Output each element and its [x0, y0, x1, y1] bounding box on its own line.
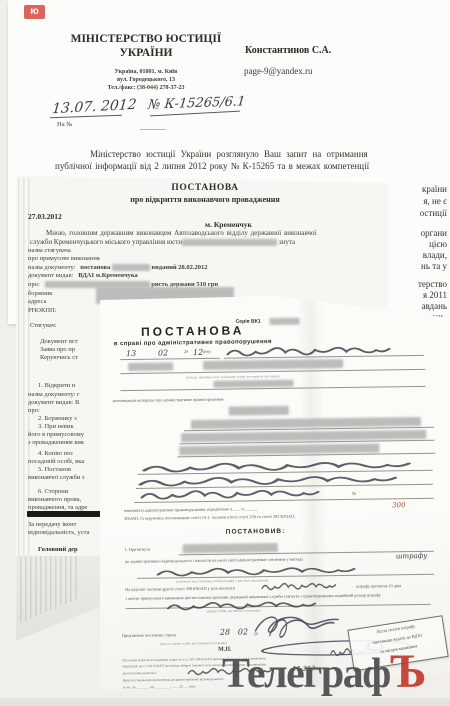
letter-fragment: влади,: [423, 250, 447, 260]
handwritten-year: 12: [193, 348, 203, 357]
field-document: назва документу: постанова виданий 28.02…: [28, 264, 207, 271]
watermark-red-part: Ъ: [390, 645, 425, 698]
letter-fragment: я, не є: [423, 196, 447, 206]
handwritten-day: 13: [126, 349, 136, 358]
letter-fragment: нь та у: [421, 261, 447, 271]
resolution1-fragment: посадовій особі, вка: [28, 458, 84, 465]
redacted-block: [112, 264, 150, 271]
letter-body-line2: публічної інформації від 2 липня 2012 ро…: [55, 161, 369, 171]
recipient-email: page-9@yandex.ru: [244, 66, 313, 76]
resolution1-fragment: Керуючись ст: [40, 354, 78, 361]
resolution1-date: 27.03.2012: [28, 212, 62, 221]
offence-article-line: вчинив(ла) адміністративне правопорушенн…: [124, 507, 258, 513]
scanned-documents-page: { "badge": {"letter": "ю"}, "letter": { …: [0, 0, 450, 706]
redacted-block: [183, 543, 278, 553]
resolution1-fragment: Документ вст: [40, 338, 78, 345]
handwriting-line: [261, 581, 336, 591]
form-title: ПОСТАНОВА: [113, 323, 273, 339]
watermark-gray-part: Телеграф: [222, 651, 390, 697]
fine-print-line3: До постанови додається: [122, 672, 156, 676]
resolution1-fragment: 1. Відкрити н: [38, 382, 75, 389]
ministry-name-line1: МІНІСТЕРСТВО ЮСТИЦІЇ: [48, 33, 244, 45]
article308-end: штрафу протягом 10 днів: [356, 584, 401, 589]
resolution1-fragment: Заява про пр: [40, 346, 75, 353]
blank-dash: [140, 129, 166, 130]
resolution1-fragment: За передачу іконт: [28, 521, 76, 528]
redaction-bar: [27, 511, 105, 517]
redacted-block: [128, 362, 173, 371]
field-label: назва документу:: [28, 264, 75, 271]
body-text: служби Кременчуцького міського управлінн…: [30, 238, 182, 246]
ministry-name-line2: УКРАЇНИ: [48, 47, 244, 59]
letter-fragment: органи: [421, 228, 447, 238]
redacted-block: [182, 239, 277, 246]
field-claimant2: Стягувач:: [30, 322, 57, 329]
fine-print-line4: Якщо постанова про притягнення до адміні…: [123, 678, 224, 683]
resolution1-fragment: відповідальність, уста: [28, 529, 89, 536]
item1-line: 1. Притягнути: [125, 548, 151, 553]
redacted-block: [213, 380, 293, 388]
fine-print-line5: за зах. № ________ від ______________ 20…: [123, 685, 196, 689]
reference-number-label: На №: [57, 121, 72, 128]
resolution1-fragment: 5. Постанов: [38, 466, 71, 473]
field-issuer: документ видав: ВДАІ м.Кременчука: [28, 272, 138, 279]
redacted-block: [270, 318, 300, 325]
resolution1-fragment: 2. Боржнику з: [38, 415, 77, 422]
roku-label: року: [203, 350, 211, 354]
handwritten-month2: 02: [238, 627, 248, 636]
field-debtor: боржник: [28, 290, 52, 297]
handed-line: Пред'явлено постанову строка: [122, 633, 176, 638]
penalty-line: до адміністративної відповідальності і н…: [125, 558, 303, 565]
field-address: адреса: [28, 298, 46, 305]
resolution1-fragment: документ видав: В: [28, 399, 79, 406]
handwritten-article: 300: [392, 501, 405, 509]
handwritten-penalty: штрафу: [396, 552, 428, 560]
letter-fragment: цією: [429, 239, 447, 249]
resolution1-fragment: з провадженням вик: [28, 439, 84, 446]
resolution1-fragment: провадження, та адре: [28, 504, 87, 511]
field-enforcement: про примусове виконання: [28, 255, 100, 262]
resolution1-signatory: Головний дер: [38, 546, 78, 553]
site-logo-badge: ю: [24, 5, 45, 19]
resolution1-fragment: виконавчого прова,: [28, 496, 81, 503]
resolution1-city: м. Кременчук: [205, 220, 252, 229]
ministry-address-line2: вул. Городецького, 13: [48, 77, 244, 83]
blank-line: [120, 358, 220, 360]
field-taxcode: РНОКПП:: [28, 307, 57, 314]
kupap-line: КУпАП, та керуючись положеннями статті 1…: [124, 515, 295, 522]
year-prefix2: 20: [254, 632, 258, 636]
redacted-block: [229, 406, 289, 416]
handwritten-month: 02: [158, 348, 168, 357]
recipient-name: Константинов С.А.: [245, 45, 331, 56]
form-caption: (посада, прізвище, ім'я, по батькові осо…: [186, 375, 279, 380]
scan-background-strip: [0, 698, 450, 706]
considered-line: розглянувши матеріали про адміністративн…: [113, 398, 224, 404]
letter-body-line1: Міністерство юстиції України розглянуло …: [90, 149, 368, 159]
article308-line: На підставі частини другої статті 308 КУ…: [125, 587, 235, 593]
resolution1-fragment: 3. При невик: [38, 423, 74, 430]
ministry-phone-line: Тел./факс: (38-044) 278-37-23: [48, 85, 244, 91]
field-claimant: назва стягувача: [28, 247, 71, 254]
field-label: про:: [28, 281, 40, 288]
letter-fragment: я 2011: [423, 290, 447, 300]
resolution1-body-line1: Мною, головним державним виконавцем Авто…: [46, 229, 316, 237]
form-content: Серія ВК1 ПОСТАНОВА в справі про адмініс…: [97, 294, 450, 699]
letter-fragment: остиції: [420, 208, 447, 218]
year-prefix: 20: [184, 350, 188, 354]
admin-offence-form-page: Серія ВК1 ПОСТАНОВА в справі про адмініс…: [100, 296, 450, 696]
resolution1-fragment: 4. Копію пос: [38, 450, 73, 457]
resolution1-fragment: 6. Сторони: [38, 488, 68, 495]
body-text-end: знута: [279, 238, 295, 246]
telegraf-watermark: ТелеграфЪ: [222, 648, 425, 696]
letter-fragment: терство: [418, 279, 447, 289]
resolution1-subtitle: про відкриття виконавчого провадження: [60, 195, 350, 204]
resolution1-body-line2: служби Кременчуцького міського управлінн…: [30, 238, 295, 246]
handwritten-day2: 28: [220, 628, 230, 637]
ministry-address-line1: Україна, 01001, м. Київ: [48, 69, 244, 75]
field-value: виданий 28.02.2012: [152, 264, 208, 271]
resolution1-fragment: про:: [28, 407, 40, 414]
field-label: документ видав:: [28, 272, 73, 279]
number-sign: №: [352, 492, 356, 496]
form-caption: (дата та підпис особи, яка отримала пост…: [160, 642, 227, 646]
field-value: постанова: [80, 264, 110, 271]
field-value: ВДАІ м.Кременчука: [78, 272, 138, 279]
letter-fragment: авдань: [421, 301, 447, 311]
letter-fragment: країни: [422, 184, 447, 194]
resolution1-title: ПОСТАНОВА: [60, 183, 350, 193]
resolution1-fragment: назва документу: г: [28, 391, 80, 398]
form-caption: (зазначити вид стягнення: розмір штрафу …: [176, 579, 268, 584]
resolution1-fragment: виконавчої служби з: [28, 474, 84, 481]
resolution1-fragment: його в примусовому: [28, 431, 84, 438]
